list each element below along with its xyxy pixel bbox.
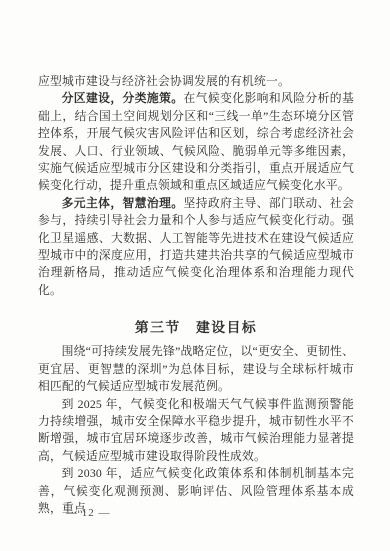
paragraph-governance: 多元主体，智慧治理。坚持政府主导、部门联动、社会参与，持续引导社会力量和个人参与… [38, 195, 354, 299]
paragraph-lead-division: 分区建设，分类施策。 [62, 91, 184, 105]
paragraph-target-2025: 到 2025 年，气候变化和极端天气气候事件监测预警能力持续增强，城市安全保障水… [38, 396, 354, 466]
paragraph-text-governance: 坚持政府主导、部门联动、社会参与，持续引导社会力量和个人参与适应气候变化行动。强… [38, 196, 354, 297]
paragraph-goal: 围绕“可持续发展先锋”战略定位，以“更安全、更韧性、更宜居、更智慧的深圳”为总体… [38, 343, 354, 395]
section-heading: 第三节 建设目标 [38, 318, 354, 338]
paragraph-lead-governance: 多元主体，智慧治理。 [62, 196, 184, 210]
document-page: 应型城市建设与经济社会协调发展的有机统一。 分区建设，分类施策。在气候变化影响和… [0, 0, 390, 551]
paragraph-division-policy: 分区建设，分类施策。在气候变化影响和风险分析的基础上，结合国土空间规划分区和“三… [38, 90, 354, 194]
page-number: — 12 — [66, 506, 111, 521]
paragraph-text-division: 在气候变化影响和风险分析的基础上，结合国土空间规划分区和“三线一单”生态环境分区… [38, 91, 354, 192]
paragraph-continuation: 应型城市建设与经济社会协调发展的有机统一。 [38, 73, 354, 90]
document-body: 应型城市建设与经济社会协调发展的有机统一。 分区建设，分类施策。在气候变化影响和… [38, 73, 354, 517]
